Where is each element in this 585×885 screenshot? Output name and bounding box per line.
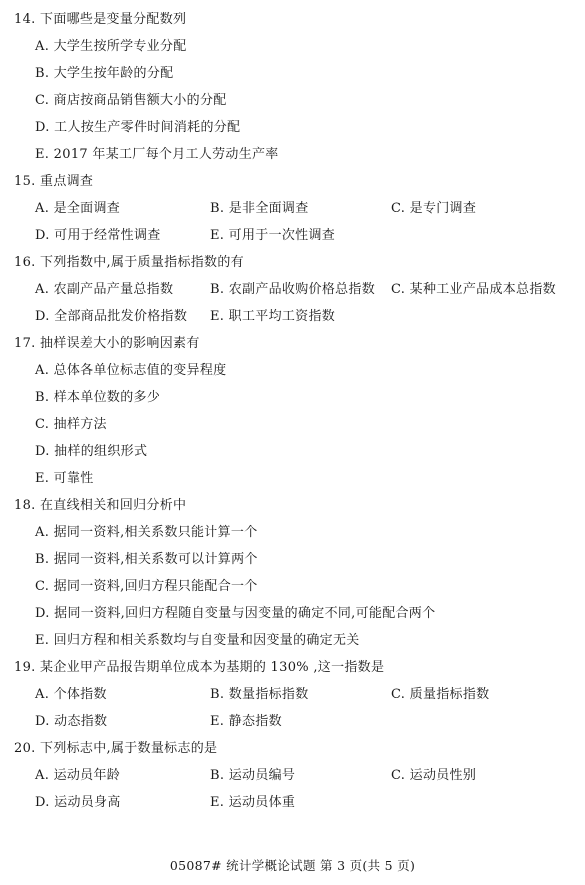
question-18-stem: 18. 在直线相关和回归分析中: [14, 498, 186, 514]
question-19-stem: 19. 某企业甲产品报告期单位成本为基期的 130% ,这一指数是: [14, 660, 384, 676]
option-label: A.: [35, 201, 49, 216]
option-text: 据同一资料,相关系数可以计算两个: [54, 552, 258, 567]
q15-option-d: D. 可用于经常性调查: [35, 228, 161, 244]
option-label: C.: [391, 201, 405, 216]
question-number: 16.: [14, 255, 36, 270]
question-14-stem: 14. 下面哪些是变量分配数列: [14, 12, 186, 28]
option-text: 是非全面调查: [229, 201, 309, 216]
option-label: B.: [210, 687, 224, 702]
option-text: 回归方程和相关系数均与自变量和因变量的确定无关: [54, 633, 360, 648]
page-footer: 05087# 统计学概论试题 第 3 页(共 5 页): [0, 856, 585, 874]
option-label: B.: [210, 201, 224, 216]
question-text: 重点调查: [40, 174, 93, 189]
question-text: 抽样误差大小的影响因素有: [40, 336, 200, 351]
q17-option-a: A. 总体各单位标志值的变异程度: [35, 363, 226, 379]
option-label: E.: [35, 471, 49, 486]
option-label: C.: [35, 417, 49, 432]
option-text: 静态指数: [229, 714, 282, 729]
q20-option-e: E. 运动员体重: [210, 795, 295, 811]
option-label: D.: [35, 228, 50, 243]
option-text: 动态指数: [54, 714, 107, 729]
option-label: B.: [210, 768, 224, 783]
option-text: 个体指数: [54, 687, 107, 702]
q18-option-e: E. 回归方程和相关系数均与自变量和因变量的确定无关: [35, 633, 360, 649]
option-label: E.: [210, 309, 224, 324]
q14-option-b: B. 大学生按年龄的分配: [35, 66, 173, 82]
q19-option-e: E. 静态指数: [210, 714, 282, 730]
option-text: 样本单位数的多少: [54, 390, 160, 405]
option-text: 抽样的组织形式: [54, 444, 147, 459]
question-20-stem: 20. 下列标志中,属于数量标志的是: [14, 741, 217, 757]
option-text: 运动员年龄: [54, 768, 121, 783]
question-number: 14.: [14, 12, 36, 27]
option-label: E.: [210, 714, 224, 729]
question-text: 下面哪些是变量分配数列: [40, 12, 186, 27]
q16-option-b: B. 农副产品收购价格总指数: [210, 282, 375, 298]
question-text: 某企业甲产品报告期单位成本为基期的 130% ,这一指数是: [40, 660, 384, 675]
option-label: C.: [391, 282, 405, 297]
option-label: B.: [35, 552, 49, 567]
option-text: 运动员编号: [229, 768, 296, 783]
option-text: 据同一资料,回归方程随自变量与因变量的确定不同,可能配合两个: [54, 606, 435, 621]
option-label: E.: [210, 795, 224, 810]
q14-option-e: E. 2017 年某工厂每个月工人劳动生产率: [35, 147, 279, 163]
q16-option-c: C. 某种工业产品成本总指数: [391, 282, 556, 298]
q20-option-a: A. 运动员年龄: [35, 768, 120, 784]
question-number: 18.: [14, 498, 36, 513]
option-text: 可用于一次性调查: [229, 228, 335, 243]
option-label: D.: [35, 444, 50, 459]
option-text: 大学生按年龄的分配: [54, 66, 174, 81]
q20-option-b: B. 运动员编号: [210, 768, 295, 784]
option-label: A.: [35, 525, 49, 540]
q19-option-a: A. 个体指数: [35, 687, 107, 703]
option-text: 农副产品收购价格总指数: [229, 282, 375, 297]
q16-option-d: D. 全部商品批发价格指数: [35, 309, 187, 325]
question-text: 下列指数中,属于质量指标指数的有: [40, 255, 244, 270]
option-text: 全部商品批发价格指数: [54, 309, 187, 324]
option-label: A.: [35, 687, 49, 702]
option-text: 质量指标指数: [410, 687, 490, 702]
question-text: 下列标志中,属于数量标志的是: [40, 741, 217, 756]
option-text: 2017 年某工厂每个月工人劳动生产率: [54, 147, 279, 162]
option-text: 是专门调查: [410, 201, 477, 216]
q17-option-c: C. 抽样方法: [35, 417, 107, 433]
question-16-stem: 16. 下列指数中,属于质量指标指数的有: [14, 255, 244, 271]
option-label: D.: [35, 606, 50, 621]
option-label: C.: [35, 93, 49, 108]
question-number: 15.: [14, 174, 36, 189]
q16-option-a: A. 农副产品产量总指数: [35, 282, 173, 298]
option-label: E.: [35, 633, 49, 648]
option-text: 工人按生产零件时间消耗的分配: [54, 120, 240, 135]
q18-option-d: D. 据同一资料,回归方程随自变量与因变量的确定不同,可能配合两个: [35, 606, 435, 622]
q19-option-c: C. 质量指标指数: [391, 687, 489, 703]
q14-option-c: C. 商店按商品销售额大小的分配: [35, 93, 227, 109]
option-label: A.: [35, 768, 49, 783]
option-label: C.: [35, 579, 49, 594]
option-text: 据同一资料,相关系数只能计算一个: [54, 525, 258, 540]
option-label: D.: [35, 714, 50, 729]
option-label: D.: [35, 795, 50, 810]
question-number: 20.: [14, 741, 36, 756]
q17-option-d: D. 抽样的组织形式: [35, 444, 147, 460]
option-text: 可用于经常性调查: [54, 228, 160, 243]
option-label: C.: [391, 687, 405, 702]
option-text: 抽样方法: [54, 417, 107, 432]
q18-option-b: B. 据同一资料,相关系数可以计算两个: [35, 552, 258, 568]
option-text: 大学生按所学专业分配: [54, 39, 187, 54]
q15-option-a: A. 是全面调查: [35, 201, 120, 217]
q20-option-c: C. 运动员性别: [391, 768, 476, 784]
option-text: 运动员身高: [54, 795, 121, 810]
option-label: E.: [35, 147, 49, 162]
q20-option-d: D. 运动员身高: [35, 795, 121, 811]
q14-option-a: A. 大学生按所学专业分配: [35, 39, 187, 55]
option-text: 总体各单位标志值的变异程度: [54, 363, 227, 378]
q14-option-d: D. 工人按生产零件时间消耗的分配: [35, 120, 240, 136]
q19-option-b: B. 数量指标指数: [210, 687, 309, 703]
option-label: E.: [210, 228, 224, 243]
option-label: C.: [391, 768, 405, 783]
option-label: A.: [35, 363, 49, 378]
q15-option-e: E. 可用于一次性调查: [210, 228, 335, 244]
question-text: 在直线相关和回归分析中: [40, 498, 186, 513]
option-label: A.: [35, 282, 49, 297]
question-17-stem: 17. 抽样误差大小的影响因素有: [14, 336, 200, 352]
question-15-stem: 15. 重点调查: [14, 174, 93, 190]
question-number: 19.: [14, 660, 36, 675]
option-text: 农副产品产量总指数: [54, 282, 174, 297]
option-label: B.: [210, 282, 224, 297]
q17-option-e: E. 可靠性: [35, 471, 94, 487]
option-label: B.: [35, 390, 49, 405]
option-text: 是全面调查: [54, 201, 121, 216]
option-text: 运动员性别: [410, 768, 477, 783]
q17-option-b: B. 样本单位数的多少: [35, 390, 160, 406]
option-text: 据同一资料,回归方程只能配合一个: [54, 579, 258, 594]
option-label: A.: [35, 39, 49, 54]
q15-option-c: C. 是专门调查: [391, 201, 476, 217]
q18-option-c: C. 据同一资料,回归方程只能配合一个: [35, 579, 258, 595]
option-text: 数量指标指数: [229, 687, 309, 702]
q19-option-d: D. 动态指数: [35, 714, 107, 730]
option-label: D.: [35, 309, 50, 324]
option-text: 职工平均工资指数: [229, 309, 335, 324]
option-label: D.: [35, 120, 50, 135]
option-label: B.: [35, 66, 49, 81]
question-number: 17.: [14, 336, 36, 351]
option-text: 运动员体重: [229, 795, 296, 810]
exam-page: 14. 下面哪些是变量分配数列 A. 大学生按所学专业分配 B. 大学生按年龄的…: [0, 0, 585, 885]
option-text: 可靠性: [54, 471, 94, 486]
q15-option-b: B. 是非全面调查: [210, 201, 309, 217]
option-text: 商店按商品销售额大小的分配: [54, 93, 227, 108]
option-text: 某种工业产品成本总指数: [410, 282, 556, 297]
q16-option-e: E. 职工平均工资指数: [210, 309, 335, 325]
q18-option-a: A. 据同一资料,相关系数只能计算一个: [35, 525, 258, 541]
